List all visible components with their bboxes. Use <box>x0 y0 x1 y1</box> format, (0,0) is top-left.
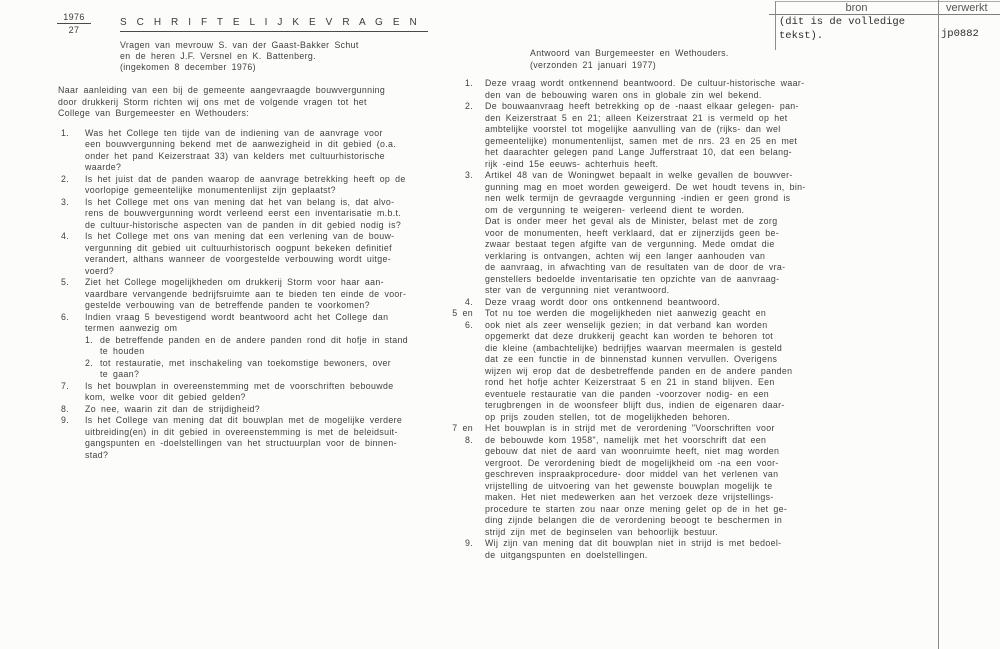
answer-item: 3. Artikel 48 van de Woningwet bepaalt i… <box>440 170 872 297</box>
question-text: Ziet het College mogelijkheden om drukke… <box>85 277 460 312</box>
answers-column: Antwoord van Burgemeester en Wethouders.… <box>440 48 872 561</box>
question-number: 5. <box>58 277 85 289</box>
subitem-number: 1. <box>85 335 100 347</box>
question-item: 3. Is het College met ons van mening dat… <box>58 197 460 232</box>
answer-text: Deze vraag wordt door ons ontkennend bea… <box>485 297 872 309</box>
question-text: Is het College met ons van mening dat he… <box>85 197 460 232</box>
answer-text: Wij zijn van mening dat dit bouwplan nie… <box>485 538 872 561</box>
answer-item: 7 en 8. Het bouwplan is in strijd met de… <box>440 423 872 538</box>
question-text: Indien vraag 5 bevestigend wordt beantwo… <box>85 312 460 335</box>
verwerkt-code: jp0882 <box>941 28 979 40</box>
document-number: 1976 27 <box>57 12 91 35</box>
question-item: 7. Is het bouwplan in overeenstemming me… <box>58 381 460 404</box>
subitem-text: tot restauratie, met inschakeling van to… <box>100 358 460 381</box>
question-item: 2. Is het juist dat de panden waarop de … <box>58 174 460 197</box>
question-number: 7. <box>58 381 85 393</box>
answer-number: 3. <box>440 170 485 182</box>
document-title: S C H R I F T E L I J K E V R A G E N <box>120 17 428 32</box>
question-subitem: 2. tot restauratie, met inschakeling van… <box>85 358 460 381</box>
question-text: Is het College van mening dat dit bouwpl… <box>85 415 460 461</box>
answer-item: 4. Deze vraag wordt door ons ontkennend … <box>440 297 872 309</box>
answer-text: Deze vraag wordt ontkennend beantwoord. … <box>485 78 872 101</box>
document-sequence: 27 <box>57 24 91 35</box>
questions-list: 1. Was het College ten tijde van de indi… <box>58 128 460 462</box>
answer-item: 1. Deze vraag wordt ontkennend beantwoor… <box>440 78 872 101</box>
answer-number: 9. <box>440 538 485 550</box>
verwerkt-column-header: verwerkt <box>946 2 988 14</box>
bron-column-header: bron <box>775 2 938 14</box>
question-item: 9. Is het College van mening dat dit bou… <box>58 415 460 461</box>
question-item: 1. Was het College ten tijde van de indi… <box>58 128 460 174</box>
question-item: 4. Is het College met ons van mening dat… <box>58 231 460 277</box>
answer-item: 2. De bouwaanvraag heeft betrekking op d… <box>440 101 872 170</box>
question-item: 6. Indien vraag 5 bevestigend wordt bean… <box>58 312 460 381</box>
question-text: Was het College ten tijde van de indieni… <box>85 128 460 174</box>
questions-column: Naar aanleiding van een bij de gemeente … <box>58 85 460 461</box>
document-year: 1976 <box>57 12 91 24</box>
answer-number: 7 en 8. <box>440 423 485 446</box>
question-number: 3. <box>58 197 85 209</box>
bron-note: (dit is de volledige tekst). <box>779 16 905 43</box>
answers-list: 1. Deze vraag wordt ontkennend beantwoor… <box>440 78 872 561</box>
answer-number: 5 en 6. <box>440 308 485 331</box>
answers-heading: Antwoord van Burgemeester en Wethouders.… <box>440 48 872 71</box>
question-body: Indien vraag 5 bevestigend wordt beantwo… <box>85 312 460 381</box>
question-number: 6. <box>58 312 85 324</box>
question-text: Is het bouwplan in overeenstemming met d… <box>85 381 460 404</box>
question-number: 2. <box>58 174 85 186</box>
answer-text: Artikel 48 van de Woningwet bepaalt in w… <box>485 170 872 297</box>
answer-item: 5 en 6. Tot nu toe werden die mogelijkhe… <box>440 308 872 423</box>
stamp-table-header-border <box>769 14 1000 15</box>
question-number: 4. <box>58 231 85 243</box>
answer-text: Tot nu toe werden die mogelijkheden niet… <box>485 308 872 423</box>
question-text: Zo nee, waarin zit dan de strijdigheid? <box>85 404 460 416</box>
question-subitem: 1. de betreffende panden en de andere pa… <box>85 335 460 358</box>
question-text: Is het juist dat de panden waarop de aan… <box>85 174 460 197</box>
question-item: 5. Ziet het College mogelijkheden om dru… <box>58 277 460 312</box>
answer-item: 9. Wij zijn van mening dat dit bouwplan … <box>440 538 872 561</box>
answer-text: De bouwaanvraag heeft betrekking op de -… <box>485 101 872 170</box>
subitem-number: 2. <box>85 358 100 370</box>
answer-number: 2. <box>440 101 485 113</box>
answer-text: Het bouwplan is in strijd met de verorde… <box>485 423 872 538</box>
subitem-text: de betreffende panden en de andere pande… <box>100 335 460 358</box>
question-subitems: 1. de betreffende panden en de andere pa… <box>85 335 460 381</box>
answer-number: 1. <box>440 78 485 90</box>
question-number: 1. <box>58 128 85 140</box>
masthead: S C H R I F T E L I J K E V R A G E N Vr… <box>120 12 428 73</box>
question-number: 8. <box>58 404 85 416</box>
questions-intro: Naar aanleiding van een bij de gemeente … <box>58 85 460 120</box>
question-item: 8. Zo nee, waarin zit dan de strijdighei… <box>58 404 460 416</box>
answer-number: 4. <box>440 297 485 309</box>
document-subtitle: Vragen van mevrouw S. van der Gaast-Bakk… <box>120 40 428 73</box>
question-text: Is het College met ons van mening dat ee… <box>85 231 460 277</box>
page-divider-line <box>938 0 939 649</box>
question-number: 9. <box>58 415 85 427</box>
